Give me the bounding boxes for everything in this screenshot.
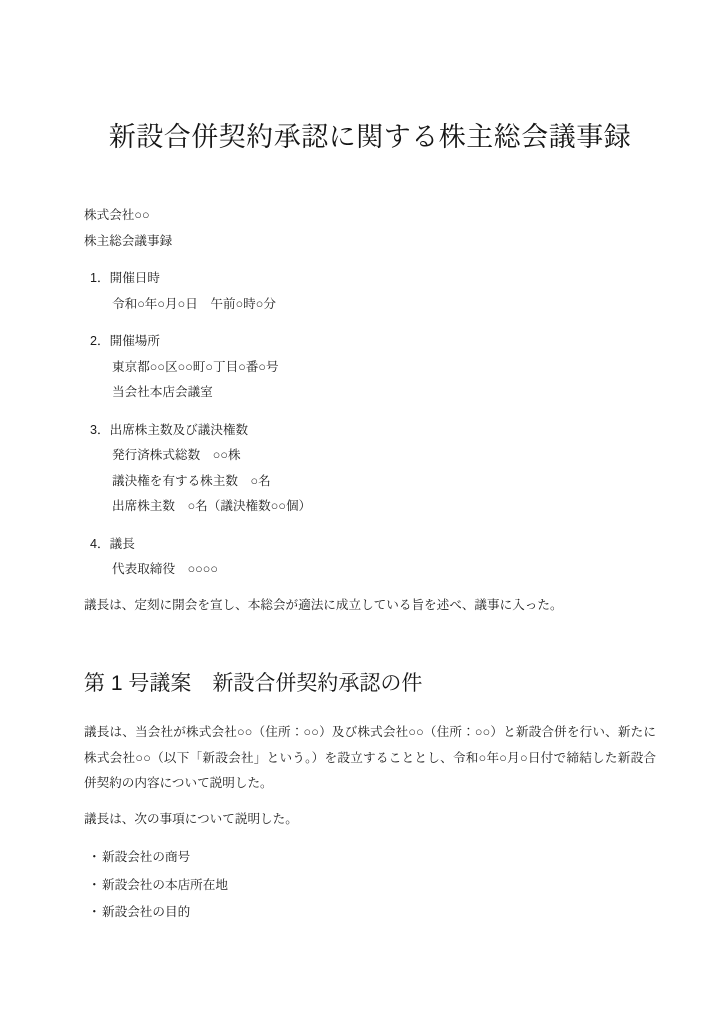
section-heading: 4．議長 xyxy=(84,532,656,558)
opening-statement: 議長は、定刻に開会を宣し、本総会が適法に成立している旨を述べ、議事に入った。 xyxy=(84,593,656,619)
bullet-icon: ・ xyxy=(88,844,102,872)
agenda-heading: 第 1 号議案 新設合併契約承認の件 xyxy=(84,670,656,698)
list-item: ・新設会社の本店所在地 xyxy=(84,872,656,900)
section-line: 東京都○○区○○町○丁目○番○号 xyxy=(84,355,656,381)
document-title: 新設合併契約承認に関する株主総会議事録 xyxy=(64,0,676,154)
section-chairman: 4．議長 代表取締役 ○○○○ xyxy=(84,532,656,583)
section-heading: 1．開催日時 xyxy=(84,266,656,292)
doc-type-label: 株主総会議事録 xyxy=(84,229,656,255)
section-line: 令和○年○月○日 午前○時○分 xyxy=(84,292,656,318)
section-line: 出席株主数 ○名（議決権数○○個） xyxy=(84,494,656,520)
section-line: 当会社本店会議室 xyxy=(84,380,656,406)
document-head: 株式会社○○ 株主総会議事録 xyxy=(84,203,656,254)
bullet-icon: ・ xyxy=(88,872,102,900)
list-item: ・新設会社の商号 xyxy=(84,844,656,872)
list-item: ・新設会社の目的 xyxy=(84,899,656,927)
bullet-label: 新設会社の目的 xyxy=(102,905,190,919)
bullet-icon: ・ xyxy=(88,899,102,927)
document-page: 新設合併契約承認に関する株主総会議事録 株式会社○○ 株主総会議事録 1．開催日… xyxy=(0,0,724,1024)
section-meeting-datetime: 1．開催日時 令和○年○月○日 午前○時○分 xyxy=(84,266,656,317)
section-line: 代表取締役 ○○○○ xyxy=(84,557,656,583)
section-meeting-place: 2．開催場所 東京都○○区○○町○丁目○番○号 当会社本店会議室 xyxy=(84,329,656,406)
company-name: 株式会社○○ xyxy=(84,203,656,229)
agenda-body: 議長は、当会社が株式会社○○（住所：○○）及び株式会社○○（住所：○○）と新設合… xyxy=(84,720,656,797)
section-line: 発行済株式総数 ○○株 xyxy=(84,443,656,469)
bullet-label: 新設会社の本店所在地 xyxy=(102,878,228,892)
section-line: 議決権を有する株主数 ○名 xyxy=(84,469,656,495)
explanation-intro: 議長は、次の事項について説明した。 xyxy=(84,807,656,833)
bullet-list: ・新設会社の商号 ・新設会社の本店所在地 ・新設会社の目的 xyxy=(84,844,656,927)
section-heading: 3．出席株主数及び議決権数 xyxy=(84,418,656,444)
section-attendance: 3．出席株主数及び議決権数 発行済株式総数 ○○株 議決権を有する株主数 ○名 … xyxy=(84,418,656,520)
bullet-label: 新設会社の商号 xyxy=(102,850,190,864)
section-heading: 2．開催場所 xyxy=(84,329,656,355)
